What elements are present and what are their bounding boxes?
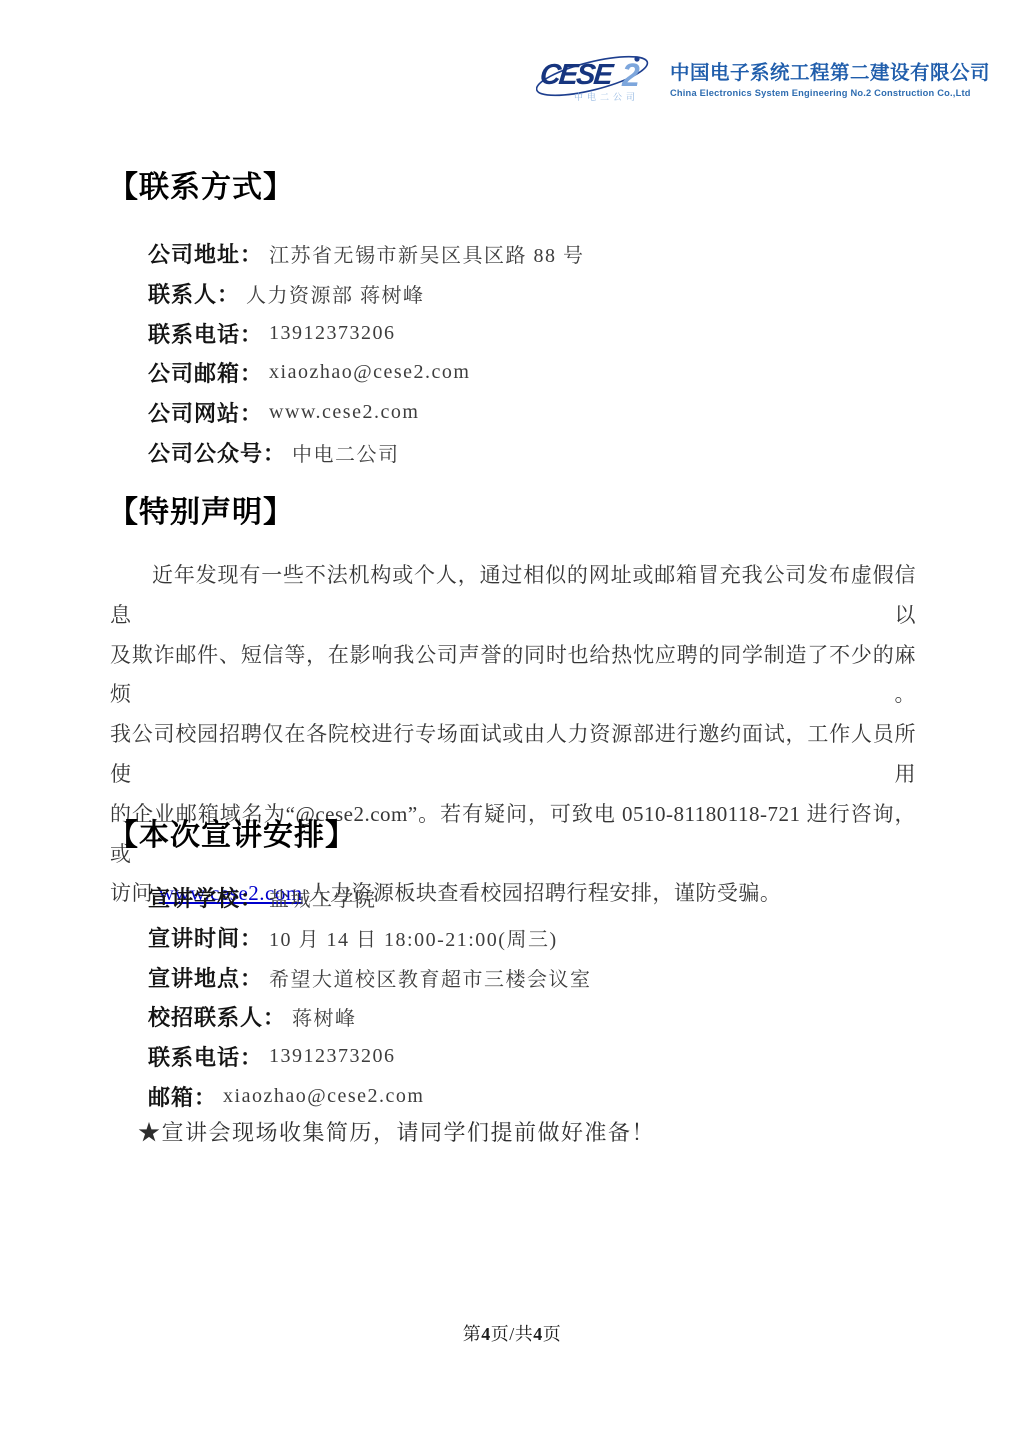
- contact-value-website: www.cese2.com: [269, 401, 419, 424]
- section-title-schedule: 【本次宣讲安排】: [108, 810, 356, 854]
- company-name-en: China Electronics System Engineering No.…: [670, 88, 990, 98]
- contact-value-wechat: 中电二公司: [292, 438, 400, 467]
- schedule-row-recruiter: 校招联系人： 蒋树峰: [148, 997, 592, 1037]
- contact-label-phone: 联系电话：: [148, 318, 263, 349]
- schedule-value-email: xiaozhao@cese2.com: [223, 1085, 424, 1108]
- contact-label-email: 公司邮箱：: [148, 357, 263, 388]
- schedule-row-phone: 联系电话： 13912373206: [148, 1037, 592, 1077]
- schedule-value-recruiter: 蒋树峰: [292, 1002, 357, 1031]
- schedule-list: 宣讲学校： 盐城工学院 宣讲时间： 10 月 14 日 18:00-21:00(…: [148, 878, 592, 1116]
- section-title-statement: 【特别声明】: [108, 487, 294, 531]
- logo-wordmark: CESE: [538, 59, 612, 92]
- contact-label-website: 公司网站：: [148, 397, 263, 428]
- statement-line-3: 我公司校园招聘仅在各院校进行专场面试或由人力资源部进行邀约面试，工作人员所使用: [110, 715, 916, 795]
- company-name-block: 中国电子系统工程第二建设有限公司 China Electronics Syste…: [670, 57, 990, 98]
- contact-row-phone: 联系电话： 13912373206: [148, 313, 585, 353]
- schedule-note: ★宣讲会现场收集简历，请同学们提前做好准备！: [138, 1116, 655, 1147]
- contact-label-wechat: 公司公众号：: [148, 437, 286, 468]
- footer-prefix: 第: [463, 1324, 482, 1344]
- contact-row-person: 联系人： 人力资源部 蒋树峰: [148, 274, 585, 314]
- contact-row-wechat: 公司公众号： 中电二公司: [148, 432, 585, 472]
- contact-value-person: 人力资源部 蒋树峰: [246, 279, 425, 308]
- contact-value-phone: 13912373206: [269, 322, 396, 345]
- schedule-label-location: 宣讲地点：: [148, 962, 263, 993]
- section-title-contact: 【联系方式】: [108, 162, 294, 206]
- schedule-label-recruiter: 校招联系人：: [148, 1001, 286, 1032]
- contact-value-email: xiaozhao@cese2.com: [269, 361, 470, 384]
- schedule-value-time: 10 月 14 日 18:00-21:00(周三): [269, 923, 558, 952]
- schedule-row-time: 宣讲时间： 10 月 14 日 18:00-21:00(周三): [148, 918, 592, 958]
- company-name-cn: 中国电子系统工程第二建设有限公司: [670, 57, 990, 85]
- contact-list: 公司地址： 江苏省无锡市新吴区具区路 88 号 联系人： 人力资源部 蒋树峰 联…: [148, 234, 585, 472]
- logo-tagline: 中电二公司: [574, 90, 639, 103]
- contact-label-address: 公司地址：: [148, 238, 263, 269]
- schedule-label-email: 邮箱：: [148, 1081, 217, 1112]
- statement-paragraph: 近年发现有一些不法机构或个人，通过相似的网址或邮箱冒充我公司发布虚假信息以 及欺…: [110, 556, 916, 914]
- schedule-row-email: 邮箱： xiaozhao@cese2.com: [148, 1076, 592, 1116]
- logo-wordmark-numeral: 2: [622, 57, 640, 94]
- statement-line-1: 近年发现有一些不法机构或个人，通过相似的网址或邮箱冒充我公司发布虚假信息以: [110, 556, 916, 636]
- contact-value-address: 江苏省无锡市新吴区具区路 88 号: [269, 239, 585, 268]
- contact-row-email: 公司邮箱： xiaozhao@cese2.com: [148, 353, 585, 393]
- document-page: CESE 2 中电二公司 中国电子系统工程第二建设有限公司 China Elec…: [0, 0, 1024, 1447]
- schedule-value-phone: 13912373206: [269, 1045, 396, 1068]
- statement-line-2: 及欺诈邮件、短信等，在影响我公司声誉的同时也给热忱应聘的同学制造了不少的麻烦。: [110, 636, 916, 716]
- contact-label-person: 联系人：: [148, 278, 240, 309]
- cese2-logo: CESE 2 中电二公司: [536, 50, 658, 104]
- contact-row-website: 公司网站： www.cese2.com: [148, 393, 585, 433]
- schedule-label-school: 宣讲学校：: [148, 882, 263, 913]
- footer-total-number: 4: [533, 1324, 543, 1344]
- schedule-label-phone: 联系电话：: [148, 1041, 263, 1072]
- footer-suffix: 页: [543, 1324, 562, 1344]
- footer-mid: 页/共: [491, 1324, 534, 1344]
- footer-page-number: 4: [481, 1324, 491, 1344]
- schedule-row-location: 宣讲地点： 希望大道校区教育超市三楼会议室: [148, 957, 592, 997]
- schedule-value-location: 希望大道校区教育超市三楼会议室: [269, 963, 592, 992]
- contact-row-address: 公司地址： 江苏省无锡市新吴区具区路 88 号: [148, 234, 585, 274]
- company-header: CESE 2 中电二公司 中国电子系统工程第二建设有限公司 China Elec…: [536, 50, 990, 104]
- schedule-label-time: 宣讲时间：: [148, 922, 263, 953]
- page-footer: 第4页/共4页: [0, 1320, 1024, 1346]
- schedule-row-school: 宣讲学校： 盐城工学院: [148, 878, 592, 918]
- schedule-value-school: 盐城工学院: [269, 883, 377, 912]
